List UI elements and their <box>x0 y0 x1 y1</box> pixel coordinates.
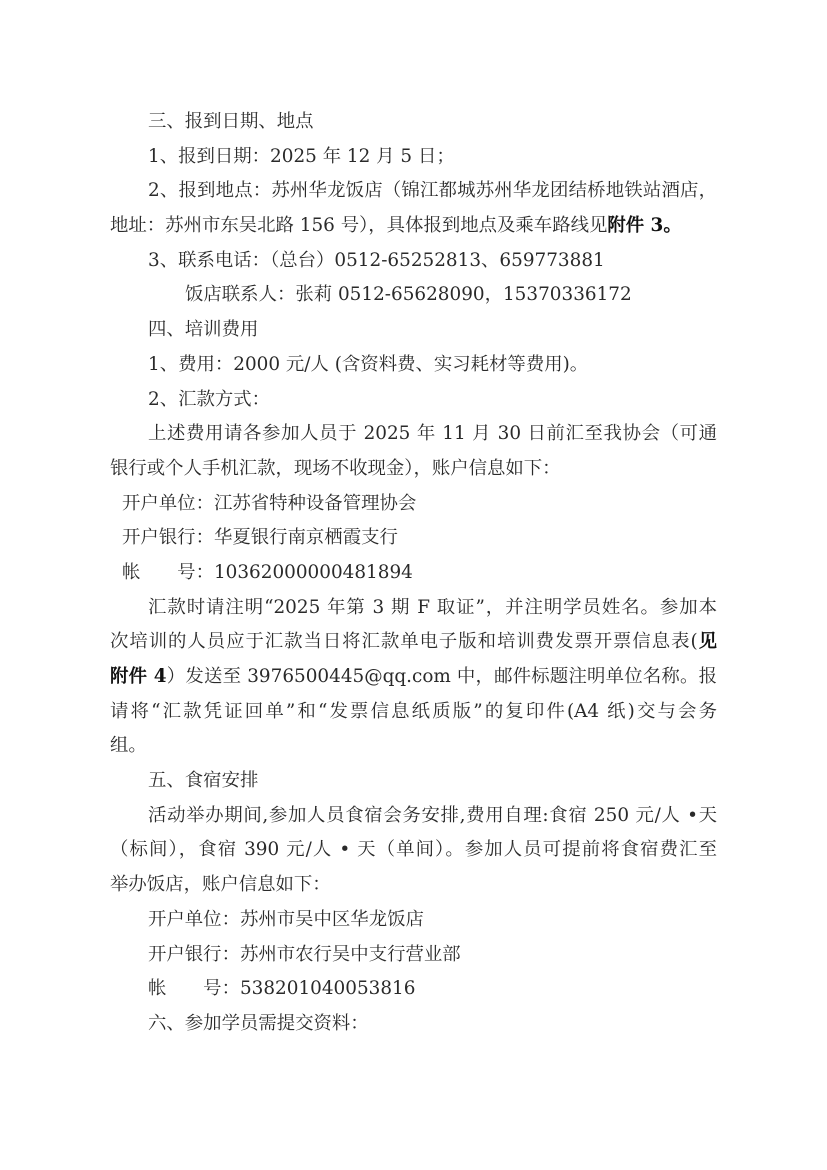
accommodation-details-end: 举办饭店，账户信息如下： <box>0 868 827 903</box>
attachment-reference: 附件 3。 <box>607 215 681 236</box>
fee-amount: 1、费用：2000 元/人 (含资料费、实习耗材等费用)。 <box>0 348 827 383</box>
section-heading-registration: 三、报到日期、地点 <box>0 105 827 140</box>
accommodation-details-cont: （标间），食宿 390 元/人 • 天（单间）。参加人员可提前将食宿费汇至 <box>0 833 717 868</box>
line-text: 3、联系电话：（总台）0512-65252813、659773881 <box>148 250 605 271</box>
contact-phone: 3、联系电话：（总台）0512-65252813、659773881 <box>0 244 827 279</box>
accommodation-details: 活动举办期间,参加人员食宿会务安排,费用自理:食宿 250 元/人 •天 <box>0 799 717 834</box>
association-account-name: 开户单位：江苏省特种设备管理协会 <box>0 487 827 522</box>
line-text: 帐 号：10362000000481894 <box>122 562 413 583</box>
line-text: 上述费用请各参加人员于 2025 年 11 月 30 日前汇至我协会（可通过 <box>148 423 717 452</box>
line-text: 1、费用：2000 元/人 (含资料费、实习耗材等费用)。 <box>148 354 588 375</box>
hotel-account-number: 帐 号：538201040053816 <box>0 972 827 1007</box>
line-text: 1、报到日期：2025 年 12 月 5 日； <box>148 146 455 167</box>
line-text: 六、参加学员需提交资料： <box>148 1013 369 1034</box>
association-account-number: 帐 号：10362000000481894 <box>0 556 827 591</box>
line-text: 组。 <box>110 735 147 756</box>
line-text: 请将“汇款凭证回单”和“发票信息纸质版”的复印件(A4 纸)交与会务 <box>110 701 717 722</box>
line-text: 活动举办期间,参加人员食宿会务安排,费用自理:食宿 250 元/人 •天 <box>148 805 717 826</box>
hotel-account-bank: 开户银行：苏州市农行吴中支行营业部 <box>0 938 827 973</box>
payment-instruction-cont: 银行或个人手机汇款，现场不收现金），账户信息如下： <box>0 452 827 487</box>
remittance-note: 汇款时请注明“2025 年第 3 期 F 取证”，并注明学员姓名。参加本 <box>0 591 717 626</box>
line-text: ）发送至 3976500445@qq.com 中，邮件标题注明单位名称。报到时 <box>110 666 717 695</box>
line-text: 汇款时请注明“2025 年第 3 期 F 取证”，并注明学员姓名。参加本 <box>148 597 717 618</box>
line-text: 帐 号：538201040053816 <box>148 978 415 999</box>
remittance-copies: 请将“汇款凭证回单”和“发票信息纸质版”的复印件(A4 纸)交与会务 <box>0 695 717 730</box>
line-text: 2、报到地点：苏州华龙饭店（锦江都城苏州华龙团结桥地铁站酒店， <box>148 180 717 201</box>
attachment-reference: 附件 4 <box>110 666 167 687</box>
line-text: 银行或个人手机汇款，现场不收现金），账户信息如下： <box>110 458 561 479</box>
line-text: 开户银行：苏州市农行吴中支行营业部 <box>148 944 461 965</box>
document-page: 三、报到日期、地点 1、报到日期：2025 年 12 月 5 日； 2、报到地点… <box>0 0 827 1170</box>
registration-date: 1、报到日期：2025 年 12 月 5 日； <box>0 140 827 175</box>
association-account-bank: 开户银行：华夏银行南京栖霞支行 <box>0 521 827 556</box>
line-text: 开户单位：江苏省特种设备管理协会 <box>122 493 416 514</box>
line-text: 地址：苏州市东吴北路 156 号），具体报到地点及乘车路线见 <box>110 215 607 236</box>
line-text: 2、汇款方式： <box>148 389 270 410</box>
line-text: 开户单位：苏州市吴中区华龙饭店 <box>148 909 424 930</box>
section-heading-accommodation: 五、食宿安排 <box>0 764 827 799</box>
hotel-contact: 饭店联系人：张莉 0512-65628090，15370336172 <box>0 278 827 313</box>
line-text: （标间），食宿 390 元/人 • 天（单间）。参加人员可提前将食宿费汇至 <box>110 839 717 860</box>
registration-address: 地址：苏州市东吴北路 156 号），具体报到地点及乘车路线见附件 3。 <box>0 209 827 244</box>
line-text: 举办饭店，账户信息如下： <box>110 874 331 895</box>
line-text: 三、报到日期、地点 <box>148 111 314 132</box>
payment-instruction: 上述费用请各参加人员于 2025 年 11 月 30 日前汇至我协会（可通过 <box>0 417 717 452</box>
payment-method-heading: 2、汇款方式： <box>0 383 827 418</box>
line-text: 四、培训费用 <box>148 319 258 340</box>
hotel-account-name: 开户单位：苏州市吴中区华龙饭店 <box>0 903 827 938</box>
line-text: 次培训的人员应于汇款当日将汇款单电子版和培训费发票开票信息表( <box>110 631 698 652</box>
remittance-copies-end: 组。 <box>0 729 827 764</box>
document-body: 三、报到日期、地点 1、报到日期：2025 年 12 月 5 日； 2、报到地点… <box>0 105 827 1042</box>
section-heading-fees: 四、培训费用 <box>0 313 827 348</box>
section-heading-materials: 六、参加学员需提交资料： <box>0 1007 827 1042</box>
remittance-note-cont: 次培训的人员应于汇款当日将汇款单电子版和培训费发票开票信息表(见 <box>0 625 717 660</box>
remittance-email: 附件 4）发送至 3976500445@qq.com 中，邮件标题注明单位名称。… <box>0 660 717 695</box>
attachment-reference: 见 <box>698 631 717 652</box>
line-text: 开户银行：华夏银行南京栖霞支行 <box>122 527 398 548</box>
registration-location: 2、报到地点：苏州华龙饭店（锦江都城苏州华龙团结桥地铁站酒店， <box>0 174 717 209</box>
line-text: 五、食宿安排 <box>148 770 258 791</box>
line-text: 饭店联系人：张莉 0512-65628090，15370336172 <box>185 284 632 305</box>
